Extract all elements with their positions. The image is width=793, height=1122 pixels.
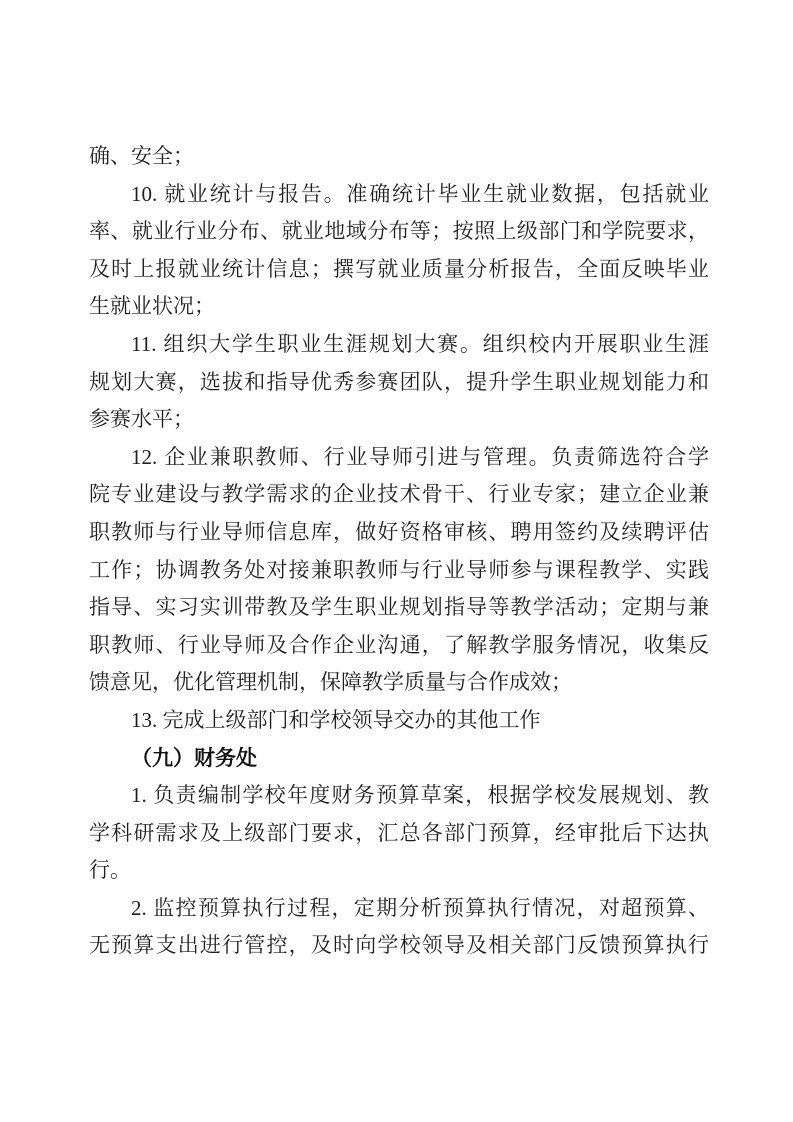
text-line: 工作；协调教务处对接兼职教师与行业导师参与课程教学、实践 — [89, 552, 709, 590]
text-line: 10. 就业统计与报告。准确统计毕业生就业数据，包括就业 — [89, 176, 709, 214]
text-line: 规划大赛，选拔和指导优秀参赛团队，提升学生职业规划能力和 — [89, 364, 709, 402]
text-line: 馈意见，优化管理机制，保障教学质量与合作成效； — [89, 664, 709, 702]
text-line: 参赛水平； — [89, 401, 709, 439]
text-line: 及时上报就业统计信息；撰写就业质量分析报告，全面反映毕业 — [89, 251, 709, 289]
text-line: 指导、实习实训带教及学生职业规划指导等教学活动；定期与兼 — [89, 589, 709, 627]
text-line: 职教师与行业导师信息库，做好资格审核、聘用签约及续聘评估 — [89, 514, 709, 552]
document-page: 确、安全；10. 就业统计与报告。准确统计毕业生就业数据，包括就业率、就业行业分… — [0, 0, 793, 1122]
text-line: （九）财务处 — [89, 740, 709, 778]
text-line: 学科研需求及上级部门要求，汇总各部门预算，经审批后下达执 — [89, 815, 709, 853]
text-line: 12. 企业兼职教师、行业导师引进与管理。负责筛选符合学 — [89, 439, 709, 477]
text-line: 院专业建设与教学需求的企业技术骨干、行业专家；建立企业兼 — [89, 476, 709, 514]
text-line: 生就业状况； — [89, 288, 709, 326]
text-line: 无预算支出进行管控，及时向学校领导及相关部门反馈预算执行 — [89, 927, 709, 965]
text-line: 率、就业行业分布、就业地域分布等；按照上级部门和学院要求， — [89, 213, 709, 251]
document-body: 确、安全；10. 就业统计与报告。准确统计毕业生就业数据，包括就业率、就业行业分… — [89, 138, 709, 965]
text-line: 2. 监控预算执行过程，定期分析预算执行情况，对超预算、 — [89, 890, 709, 928]
text-line: 11. 组织大学生职业生涯规划大赛。组织校内开展职业生涯 — [89, 326, 709, 364]
text-line: 行。 — [89, 852, 709, 890]
text-line: 1. 负责编制学校年度财务预算草案，根据学校发展规划、教 — [89, 777, 709, 815]
text-line: 13. 完成上级部门和学校领导交办的其他工作 — [89, 702, 709, 740]
text-line: 确、安全； — [89, 138, 709, 176]
text-line: 职教师、行业导师及合作企业沟通，了解教学服务情况，收集反 — [89, 627, 709, 665]
